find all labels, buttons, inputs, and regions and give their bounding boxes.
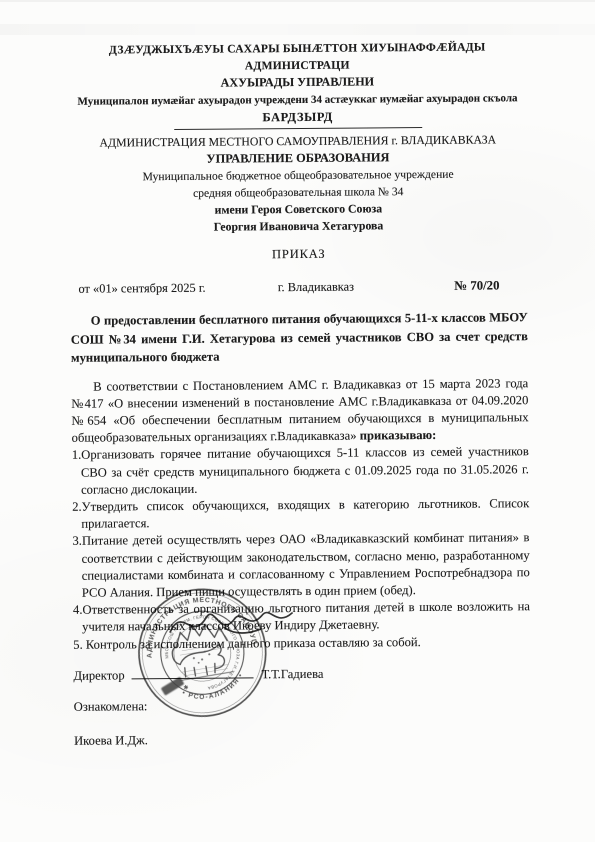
director-signature-row: Директор Т.Т.Гадиева — [73, 663, 530, 684]
header-ossetian-doc-type: БАРДЗЫРД — [69, 107, 526, 128]
document-date: от «01» сентября 2025 г. — [70, 281, 205, 297]
order-item-2: 2.Утвердить список обучающихся, входящих… — [72, 495, 529, 533]
order-items-list: 1.Организовать горячее питание обучающих… — [72, 443, 531, 653]
document-number: № 70/20 — [454, 278, 527, 294]
order-preamble: В соответствии с Постановлением АМС г. В… — [71, 375, 529, 447]
director-role-label: Директор — [73, 668, 124, 683]
acknowledged-by-name: Икоева И.Дж. — [74, 730, 531, 749]
order-item-5: 5. Контроль за исполнением данного прика… — [73, 633, 530, 654]
scanned-document-page: ДЗÆУДЖЫХЪÆУЫ САХАРЫ БЫНÆТТОН ХИУЫНАФФÆЙА… — [0, 0, 595, 842]
preamble-text: В соответствии с Постановлением АМС г. В… — [71, 376, 528, 445]
header-russian-administration: АДМИНИСТРАЦИЯ МЕСТНОГО САМОУПРАВЛЕНИЯ г.… — [69, 131, 526, 152]
date-row: от «01» сентября 2025 г. г. Владикавказ … — [70, 278, 527, 297]
director-name: Т.Т.Гадиева — [262, 667, 324, 682]
order-item-4: 4.Ответственность за организацию льготно… — [73, 598, 530, 636]
signature-line — [132, 665, 254, 679]
order-item-3: 3.Питание детей осуществлять через ОАО «… — [72, 530, 530, 602]
order-subject: О предоставлении бесплатного питания обу… — [71, 308, 528, 367]
header-ossetian-school: Муниципалон иумæйаг ахуырадон учреждени … — [69, 89, 526, 111]
preamble-keyword: приказываю: — [360, 428, 437, 443]
header-russian-hero-name: Георгия Ивановича Хетагурова — [70, 216, 527, 237]
document-city: г. Владикавказ — [278, 280, 354, 296]
document-type-title: ПРИКАЗ — [70, 244, 527, 265]
header-divider-line — [174, 127, 422, 130]
header-ossetian-administration: ДЗÆУДЖЫХЪÆУЫ САХАРЫ БЫНÆТТОН ХИУЫНАФФÆЙА… — [69, 38, 526, 76]
order-item-1: 1.Организовать горячее питание обучающих… — [72, 443, 529, 498]
page-tilt-wrapper: ДЗÆУДЖЫХЪÆУЫ САХАРЫ БЫНÆТТОН ХИУЫНАФФÆЙА… — [0, 0, 595, 842]
document-content: ДЗÆУДЖЫХЪÆУЫ САХАРЫ БЫНÆТТОН ХИУЫНАФФÆЙА… — [0, 0, 595, 749]
acknowledged-label: Ознакомлена: — [74, 696, 531, 715]
